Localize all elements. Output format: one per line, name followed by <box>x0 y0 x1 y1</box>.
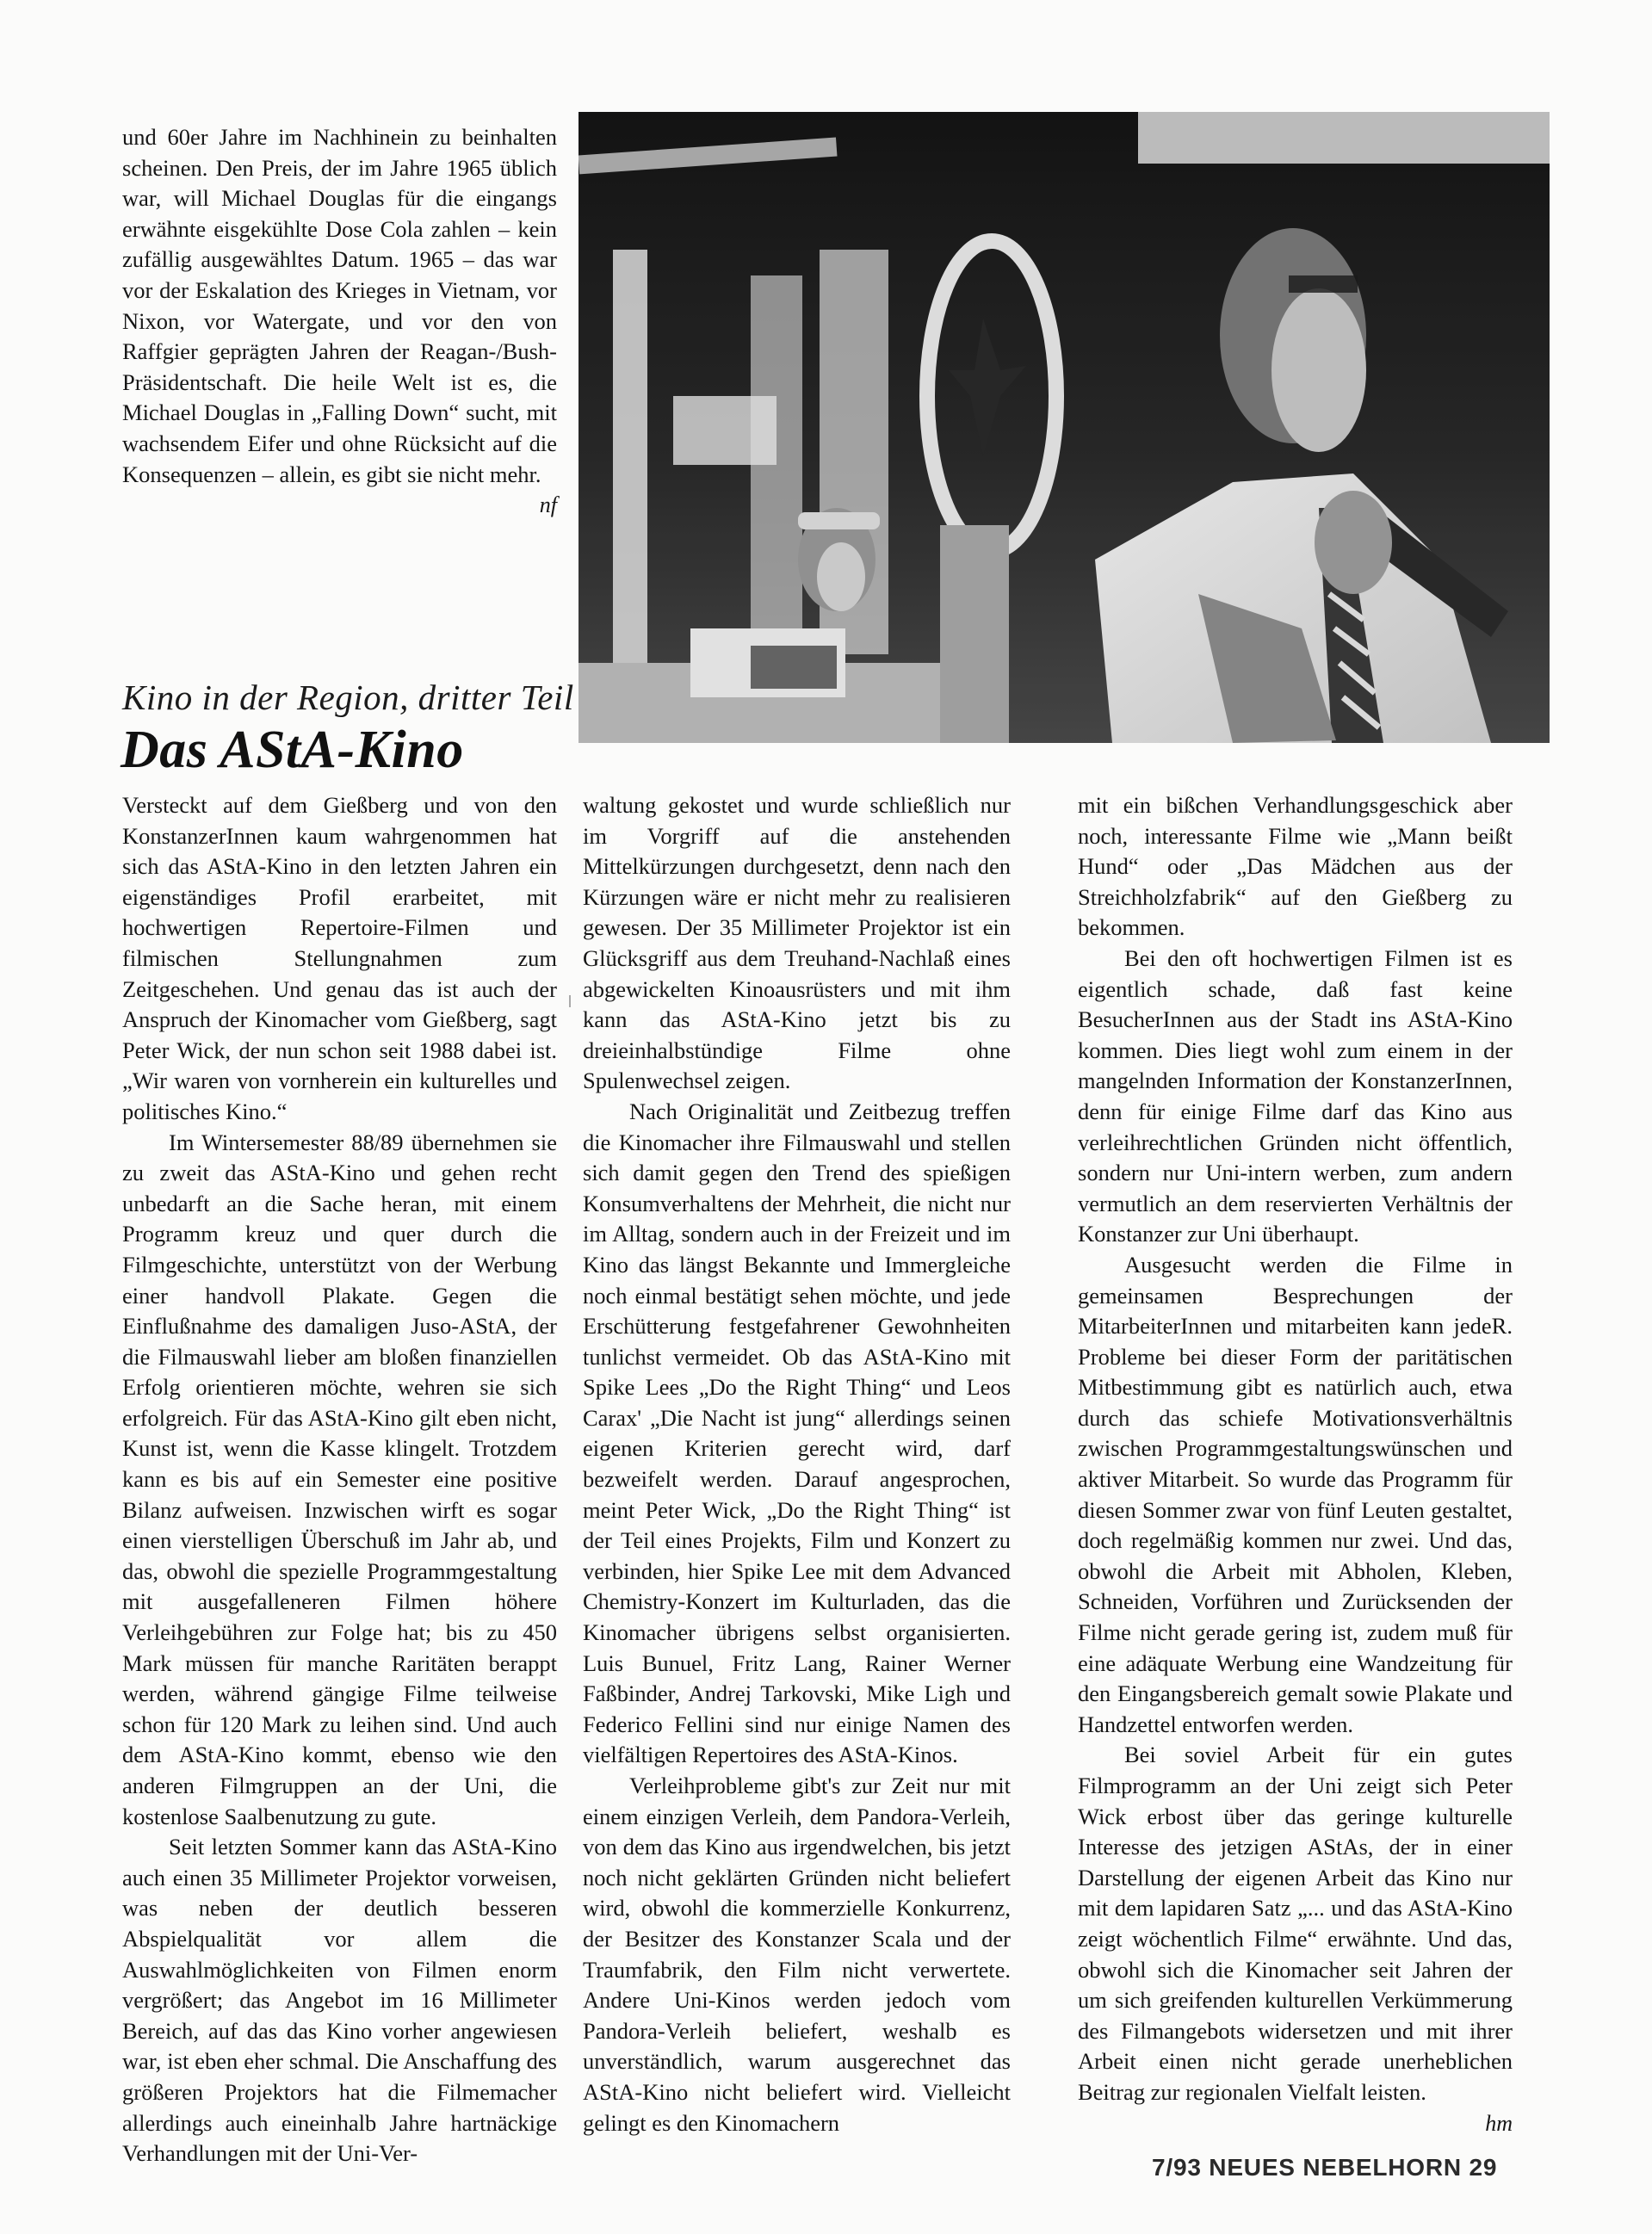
paragraph: Seit letzten Sommer kann das AStA-Kino a… <box>122 1832 557 2169</box>
paragraph-text: und 60er Jahre im Nachhinein zu beinhalt… <box>122 124 557 487</box>
scan-artifact <box>569 995 571 1007</box>
paragraph: mit ein bißchen Verhandlungsgeschick abe… <box>1078 790 1513 944</box>
previous-article-ending: und 60er Jahre im Nachhinein zu beinhalt… <box>122 122 557 521</box>
article-column-2: waltung gekostet und wurde schließlich n… <box>583 790 1011 2138</box>
author-initials: hm <box>1485 2108 1513 2139</box>
article-column-1: Versteckt auf dem Gießberg und von den K… <box>122 790 557 2169</box>
publication-name: NEUES NEBELHORN <box>1209 2154 1462 2181</box>
paragraph: Versteckt auf dem Gießberg und von den K… <box>122 790 557 1128</box>
paragraph: Ausgesucht werden die Filme in gemeinsam… <box>1078 1250 1513 1741</box>
issue-number: 7/93 <box>1152 2154 1202 2181</box>
article-headline: Das AStA-Kino <box>121 720 464 781</box>
paragraph: waltung gekostet und wurde schließlich n… <box>583 790 1011 1097</box>
author-initials: nf <box>540 490 557 521</box>
paragraph: Bei den oft hochwertigen Filmen ist es e… <box>1078 944 1513 1250</box>
previous-article-text: und 60er Jahre im Nachhinein zu beinhalt… <box>122 122 557 490</box>
signature-line: hm <box>1078 2108 1513 2139</box>
magazine-page: und 60er Jahre im Nachhinein zu beinhalt… <box>0 0 1652 2234</box>
photo-illustration <box>579 112 1550 743</box>
article-column-3: mit ein bißchen Verhandlungsgeschick abe… <box>1078 790 1513 2139</box>
paragraph: Im Wintersemester 88/89 übernehmen sie z… <box>122 1128 557 1833</box>
paragraph: Nach Originalität und Zeitbezug treffen … <box>583 1097 1011 1771</box>
page-footer: 7/93 NEUES NEBELHORN 29 <box>1152 2154 1497 2181</box>
article-kicker: Kino in der Region, dritter Teil <box>122 677 574 718</box>
film-still-photo <box>579 112 1550 743</box>
paragraph: Bei soviel Arbeit für ein gutes Filmprog… <box>1078 1740 1513 2107</box>
paragraph-text: Bei soviel Arbeit für ein gutes Filmprog… <box>1078 1742 1513 2105</box>
paragraph: Verleihprobleme gibt's zur Zeit nur mit … <box>583 1771 1011 2138</box>
page-number: 29 <box>1469 2154 1497 2181</box>
